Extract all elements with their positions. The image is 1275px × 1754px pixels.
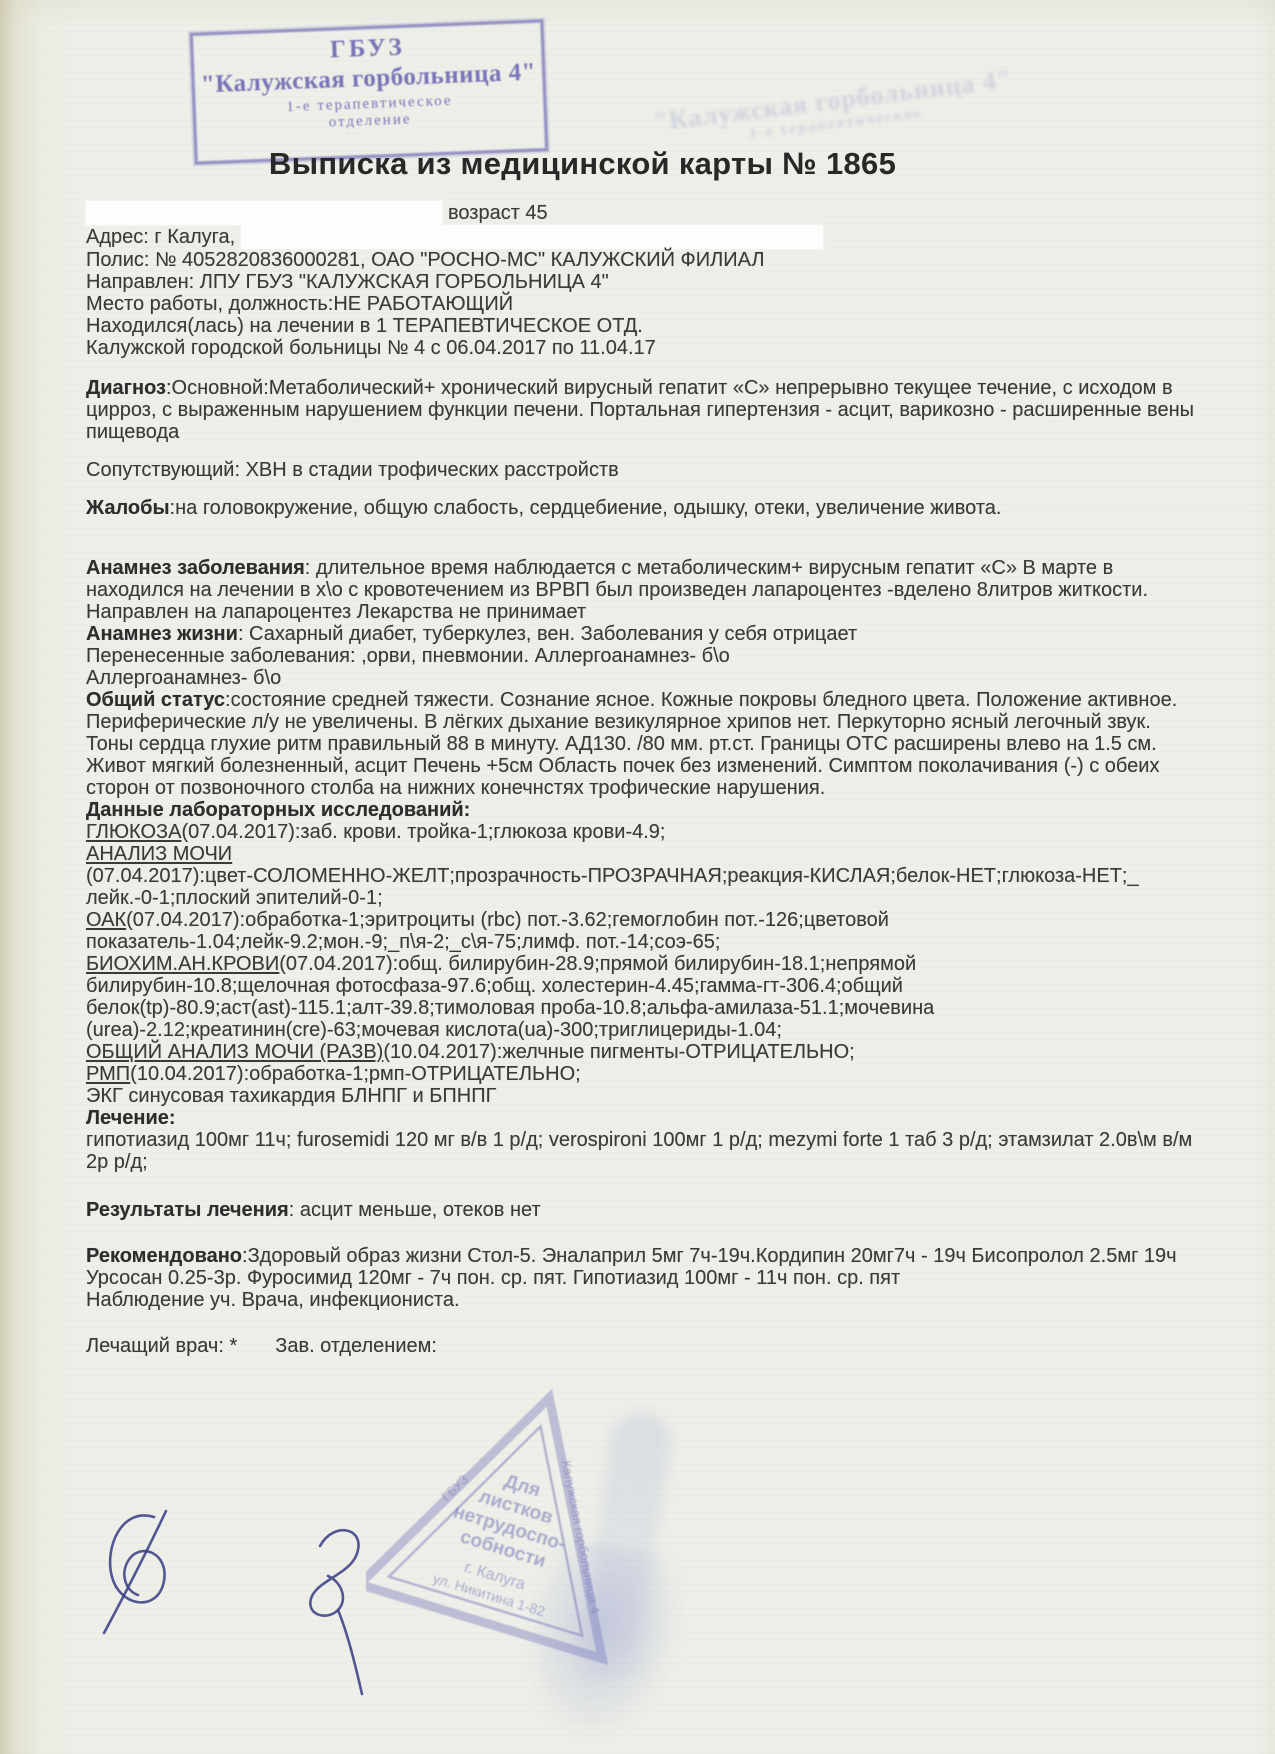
lab-test-name: БИОХИМ.АН.КРОВИ — [86, 953, 279, 975]
lab-test-values: (10.04.2017):желчные пигменты-ОТРИЦАТЕЛЬ… — [383, 1041, 854, 1063]
lab-entry-biochem-2: билирубин-10.8;щелочная фотосфаза-97.6;о… — [86, 975, 1194, 997]
concomitant-diagnosis: Сопутствующий: ХВН в стадии трофических … — [86, 459, 1194, 481]
lab-test-name: РМП — [86, 1063, 130, 1085]
lab-entry-urine-2: лейк.-0-1;плоский эпителий-0-1; — [86, 887, 1194, 909]
life-history-line: Анамнез жизни: Сахарный диабет, туберкул… — [86, 623, 1194, 645]
treatment-results-text: : асцит меньше, отеков нет — [289, 1199, 541, 1221]
recommendations-text: :Здоровый образ жизни Стол-5. Эналаприл … — [86, 1245, 1177, 1289]
lab-entry-glucose: ГЛЮКОЗА(07.04.2017):заб. крови. тройка-1… — [86, 821, 1194, 843]
lab-entry-biochem-4: (urea)-2.12;креатинин(cre)-63;мочевая ки… — [86, 1019, 1194, 1041]
diagnosis-label: Диагноз — [86, 377, 166, 399]
lab-test-values: (07.04.2017):заб. крови. тройка-1;глюкоз… — [181, 821, 665, 843]
patient-address-line: Адрес: г Калуга, — [86, 225, 1194, 249]
lab-test-values: (07.04.2017):общ. билирубин-28.9;прямой … — [279, 953, 916, 975]
treatment-label: Лечение: — [86, 1107, 176, 1129]
lab-test-values: белок(tp)-80.9;аст(ast)-115.1;алт-39.8;т… — [86, 997, 934, 1019]
patient-hospital: Калужской городской больницы № 4 с 06.04… — [86, 337, 1194, 359]
lab-test-name: ОАК — [86, 909, 126, 931]
life-history-label: Анамнез жизни — [86, 623, 238, 645]
lab-test-values: ЭКГ синусовая тахикардия БЛНПГ и БПНПГ — [86, 1085, 496, 1107]
past-diseases-line: Перенесенные заболевания: ,орви, пневмон… — [86, 645, 1194, 667]
diagnosis-paragraph: Диагноз:Основной:Метаболический+ хрониче… — [86, 377, 1194, 443]
hospital-rect-stamp: ГБУЗ "Калужская горбольница 4" 1-е терап… — [190, 19, 549, 164]
recommendations-label: Рекомендовано — [86, 1245, 242, 1267]
disease-history-label: Анамнез заболевания — [86, 557, 305, 579]
document-body: возраст 45 Адрес: г Калуга, Полис: № 405… — [86, 201, 1194, 1357]
complaints-paragraph: Жалобы:на головокружение, общую слабость… — [86, 497, 1194, 519]
lab-entry-biochem-1: БИОХИМ.АН.КРОВИ(07.04.2017):общ. билируб… — [86, 953, 1194, 975]
patient-referred: Направлен: ЛПУ ГБУЗ "КАЛУЖСКАЯ ГОРБОЛЬНИ… — [86, 271, 1194, 293]
general-status-label: Общий статус — [86, 689, 225, 711]
signoff-line: Лечащий врач: *Зав. отделением: — [86, 1335, 1194, 1357]
patient-work: Место работы, должность:НЕ РАБОТАЮЩИЙ — [86, 293, 1194, 315]
patient-age-line: возраст 45 — [86, 201, 1194, 225]
allergy-line: Аллергоанамнез- б\о — [86, 667, 1194, 689]
patient-age: возраст 45 — [448, 202, 548, 224]
attending-doctor-label: Лечащий врач: * — [86, 1335, 237, 1357]
general-status-text: :состояние средней тяжести. Сознание ясн… — [86, 689, 1177, 799]
disease-history-continued: Направлен на лапароцентез Лекарства не п… — [86, 601, 1194, 623]
redaction-box-address — [241, 225, 823, 249]
complaints-text: :на головокружение, общую слабость, серд… — [170, 497, 1002, 519]
lab-test-values: (urea)-2.12;креатинин(cre)-63;мочевая ки… — [86, 1019, 782, 1041]
complaints-label: Жалобы — [86, 497, 170, 519]
life-history-text: : Сахарный диабет, туберкулез, вен. Забо… — [238, 623, 857, 645]
diagnosis-text: :Основной:Метаболический+ хронический ви… — [86, 377, 1194, 443]
scanned-document-page: ГБУЗ "Калужская горбольница 4" 1-е терап… — [0, 0, 1275, 1754]
lab-heading: Данные лабораторных исследований: — [86, 799, 1194, 821]
redaction-box-name — [86, 201, 442, 225]
lab-entry-urine-general: ОБЩИЙ АНАЛИЗ МОЧИ (РАЗВ)(10.04.2017):жел… — [86, 1041, 1194, 1063]
patient-policy: Полис: № 4052820836000281, ОАО "РОСНО-МС… — [86, 249, 1194, 271]
lab-test-values: (07.04.2017):цвет-СОЛОМЕННО-ЖЕЛТ;прозрач… — [86, 865, 1139, 887]
lab-entry-rmp: РМП(10.04.2017):обработка-1;рмп-ОТРИЦАТЕ… — [86, 1063, 1194, 1085]
treatment-results-label: Результаты лечения — [86, 1199, 289, 1221]
treatment-drugs: гипотиазид 100мг 11ч; furosemidi 120 мг … — [86, 1129, 1194, 1173]
lab-entry-urine-1: (07.04.2017):цвет-СОЛОМЕННО-ЖЕЛТ;прозрач… — [86, 865, 1194, 887]
lab-entry-ecg: ЭКГ синусовая тахикардия БЛНПГ и БПНПГ — [86, 1085, 1194, 1107]
recommendations-paragraph: Рекомендовано:Здоровый образ жизни Стол-… — [86, 1245, 1194, 1289]
lab-entry-cbc-1: ОАК(07.04.2017):обработка-1;эритроциты (… — [86, 909, 1194, 931]
department-head-label: Зав. отделением: — [275, 1335, 437, 1357]
attending-doctor-signature — [92, 1505, 212, 1655]
general-status-paragraph: Общий статус:состояние средней тяжести. … — [86, 689, 1194, 799]
lab-test-name: ГЛЮКОЗА — [86, 821, 181, 843]
lab-test-name: АНАЛИЗ МОЧИ — [86, 843, 232, 865]
lab-test-values: показатель-1.04;лейк-9.2;мон.-9;_п\я-2;_… — [86, 931, 720, 953]
lab-entry-biochem-3: белок(tp)-80.9;аст(ast)-115.1;алт-39.8;т… — [86, 997, 1194, 1019]
observation-line: Наблюдение уч. Врача, инфекциониста. — [86, 1289, 1194, 1311]
lab-test-values: (07.04.2017):обработка-1;эритроциты (rbc… — [126, 909, 889, 931]
lab-test-values: (10.04.2017):обработка-1;рмп-ОТРИЦАТЕЛЬН… — [130, 1063, 581, 1085]
patient-treated: Находился(лась) на лечении в 1 ТЕРАПЕВТИ… — [86, 315, 1194, 337]
lab-entry-urine-title: АНАЛИЗ МОЧИ — [86, 843, 1194, 865]
treatment-results-line: Результаты лечения: асцит меньше, отеков… — [86, 1199, 1194, 1221]
treatment-heading: Лечение: — [86, 1107, 1194, 1129]
disease-history-paragraph: Анамнез заболевания: длительное время на… — [86, 557, 1194, 601]
lab-heading-text: Данные лабораторных исследований: — [86, 799, 470, 821]
lab-test-values: лейк.-0-1;плоский эпителий-0-1; — [86, 887, 383, 909]
document-title: Выписка из медицинской карты № 1865 — [0, 146, 1165, 182]
lab-test-values: билирубин-10.8;щелочная фотосфаза-97.6;о… — [86, 975, 903, 997]
lab-entry-cbc-2: показатель-1.04;лейк-9.2;мон.-9;_п\я-2;_… — [86, 931, 1194, 953]
patient-address: Адрес: г Калуга, — [86, 226, 235, 248]
lab-test-name: ОБЩИЙ АНАЛИЗ МОЧИ (РАЗВ) — [86, 1041, 383, 1063]
